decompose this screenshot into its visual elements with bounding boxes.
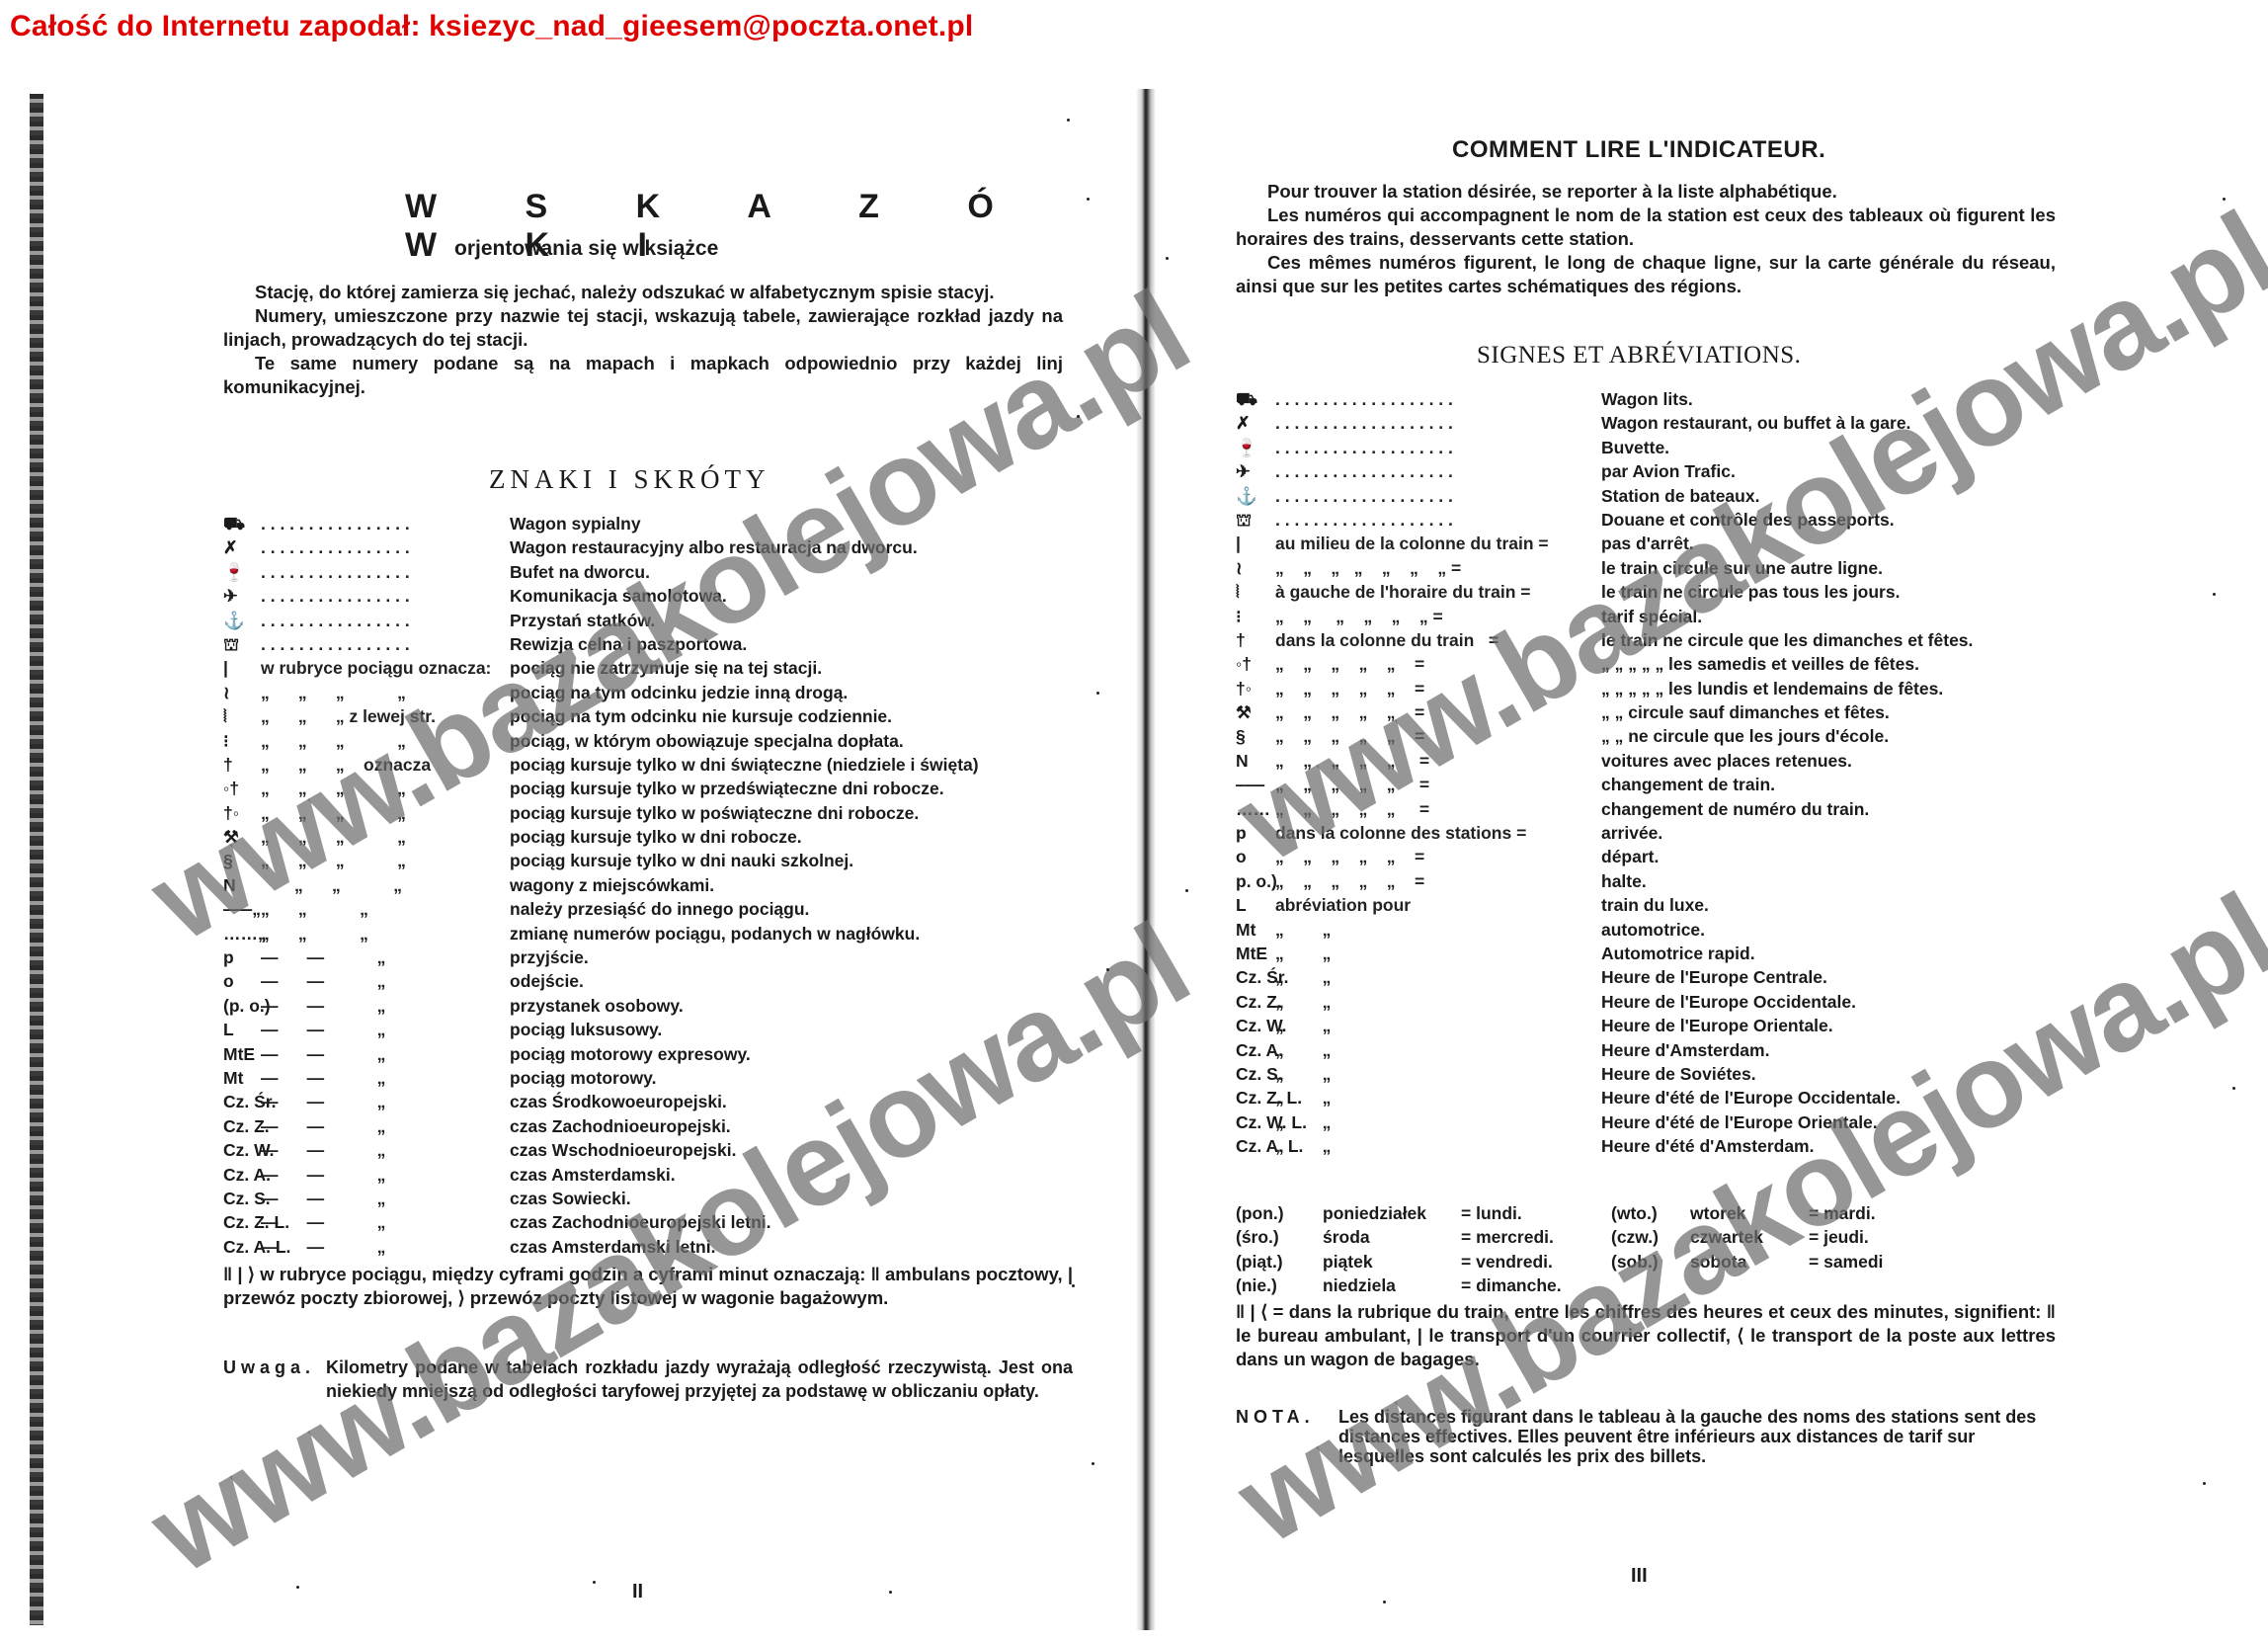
legend-description: par Avion Trafic. [1601, 459, 1736, 483]
uploader-banner: Całość do Internetu zapodał: ksiezyc_nad… [10, 10, 973, 43]
legend-ditto: abréviation pour [1275, 893, 1411, 917]
legend-description: pociąg kursuje tylko w poświąteczne dni … [510, 801, 919, 825]
legend-ditto: „ „ „ „ „ „ = [1275, 605, 1443, 628]
left-subtitle: orjentowania się w książce [454, 237, 718, 261]
legend-description: arrivée. [1601, 821, 1662, 845]
scan-speck [1166, 257, 1169, 260]
legend-description: „ „ ne circule que les jours d'école. [1601, 724, 1889, 748]
scan-speck [1185, 889, 1188, 892]
right-title: COMMENT LIRE L'INDICATEUR. [1452, 136, 1825, 164]
legend-description: przyjście. [510, 945, 589, 969]
right-legend-title: SIGNES ET ABRÉVIATIONS. [1477, 342, 1801, 370]
legend-description: Heure de Soviétes. [1601, 1062, 1756, 1086]
legend-row: p. o.)„ „ „ „ „ =halte. [1236, 869, 2065, 893]
legend-description: Wagon lits. [1601, 387, 1693, 411]
day-pl: poniedziałek [1323, 1201, 1426, 1225]
legend-ditto: — — „ [261, 945, 385, 969]
legend-ditto: — — „ [261, 1138, 385, 1162]
legend-description: voitures avec places retenues. [1601, 749, 1852, 773]
legend-description: Automotrice rapid. [1601, 942, 1755, 965]
day-abbr: (pon.) [1236, 1201, 1284, 1225]
legend-row: ……„„ „ „zmianę numerów pociągu, podanych… [223, 922, 1093, 945]
scan-speck [2232, 1087, 2235, 1090]
legend-row: Cz. Śr.„ „Heure de l'Europe Centrale. [1236, 965, 2065, 989]
legend-description: Wagon sypialny [510, 512, 641, 535]
legend-ditto: . . . . . . . . . . . . . . . . . . . [1275, 436, 1453, 459]
day-abbr: (śro.) [1236, 1225, 1279, 1249]
legend-description: halte. [1601, 869, 1647, 893]
legend-ditto: „ „ [1275, 1086, 1331, 1110]
legend-description: należy przesiąść do innego pociągu. [510, 897, 809, 921]
legend-description: train du luxe. [1601, 893, 1709, 917]
legend-ditto: — — „ [261, 1210, 385, 1234]
legend-ditto: „ „ [1275, 918, 1331, 942]
scan-speck [889, 1591, 892, 1594]
legend-description: automotrice. [1601, 918, 1705, 942]
legend-ditto: — — „ [261, 1163, 385, 1187]
legend-ditto: . . . . . . . . . . . . . . . . . . . [1275, 484, 1453, 508]
legend-description: pociąg kursuje tylko w przedświąteczne d… [510, 777, 944, 800]
day-fr: = lundi. [1461, 1201, 1522, 1225]
legend-description: czas Zachodnioeuropejski. [510, 1114, 731, 1138]
legend-ditto: — — „ [261, 1090, 385, 1113]
legend-ditto: — — „ [261, 1187, 385, 1210]
right-page-number: III [1631, 1565, 1648, 1588]
scan-speck [1383, 1601, 1386, 1603]
left-intro-p2: Numery, umieszczone przy nazwie tej stac… [223, 304, 1063, 352]
legend-row: MtE„ „Automotrice rapid. [1236, 942, 2065, 965]
legend-ditto: . . . . . . . . . . . . . . . . [261, 632, 410, 656]
legend-ditto: „ „ „ [261, 922, 368, 945]
legend-row: o„ „ „ „ „ =départ. [1236, 845, 2065, 868]
legend-ditto: . . . . . . . . . . . . . . . . [261, 609, 410, 632]
legend-row: o— — „odejście. [223, 969, 1093, 993]
legend-ditto: . . . . . . . . . . . . . . . . [261, 535, 410, 559]
day-pl: środa [1323, 1225, 1370, 1249]
legend-ditto: „ „ [1275, 965, 1331, 989]
legend-ditto: „ „ „ „ „ „ „ = [1275, 556, 1461, 580]
scan-speck [2213, 593, 2216, 596]
legend-ditto: à gauche de l'horaire du train = [1275, 580, 1530, 604]
legend-description: odejście. [510, 969, 584, 993]
legend-description: pociąg luksusowy. [510, 1018, 662, 1041]
legend-description: pociąg motorowy. [510, 1066, 656, 1090]
legend-ditto: „ „ [1275, 942, 1331, 965]
legend-description: „ „ circule sauf dimanches et fêtes. [1601, 700, 1890, 724]
scan-speck [2223, 198, 2226, 201]
legend-ditto: — — „ [261, 1114, 385, 1138]
legend-description: pociąg kursuje tylko w dni robocze. [510, 825, 802, 849]
legend-ditto: . . . . . . . . . . . . . . . . . . . [1275, 459, 1453, 483]
legend-description: Heure de l'Europe Centrale. [1601, 965, 1827, 989]
legend-ditto: . . . . . . . . . . . . . . . . . . . [1275, 411, 1453, 435]
legend-ditto: — — „ [261, 1235, 385, 1259]
legend-row: Cz. Z.„ „Heure de l'Europe Occidentale. [1236, 990, 2065, 1014]
legend-description: pociąg motorowy expresowy. [510, 1042, 751, 1066]
legend-row: Labréviation pourtrain du luxe. [1236, 893, 2065, 917]
right-intro-p2: Les numéros qui accompagnent le nom de l… [1236, 204, 2056, 251]
legend-description: Heure de l'Europe Orientale. [1601, 1014, 1833, 1037]
scan-speck [2203, 1482, 2206, 1485]
legend-description: changement de train. [1601, 773, 1775, 796]
legend-description: pociąg kursuje tylko w dni nauki szkolne… [510, 849, 853, 872]
day-abbr: (piąt.) [1236, 1250, 1283, 1274]
day-abbr: (nie.) [1236, 1274, 1277, 1297]
legend-description: zmianę numerów pociągu, podanych w nagłó… [510, 922, 920, 945]
scan-speck [1067, 119, 1070, 122]
scan-speck [1092, 1462, 1094, 1465]
legend-ditto: „ „ [1275, 1134, 1331, 1158]
legend-description: „ „ „ „ „ les lundis et lendemains de fê… [1601, 677, 1943, 700]
day-pl: piątek [1323, 1250, 1373, 1274]
legend-description: Heure d'Amsterdam. [1601, 1038, 1769, 1062]
legend-row: p— — „przyjście. [223, 945, 1093, 969]
legend-ditto: . . . . . . . . . . . . . . . . [261, 560, 410, 584]
scan-speck [1096, 692, 1099, 695]
legend-ditto: — — „ [261, 1066, 385, 1090]
legend-description: Heure de l'Europe Occidentale. [1601, 990, 1856, 1014]
left-page-number: II [632, 1581, 643, 1603]
right-intro: Pour trouver la station désirée, se repo… [1236, 180, 2056, 298]
right-intro-p3: Ces mêmes numéros figurent, le long de c… [1236, 251, 2056, 298]
legend-ditto: — — „ [261, 994, 385, 1018]
left-intro-p1: Stację, do której zamierza się jechać, n… [223, 281, 1063, 304]
legend-ditto: . . . . . . . . . . . . . . . . . . . [1275, 387, 1453, 411]
legend-description: changement de numéro du train. [1601, 797, 1869, 821]
legend-row: Mt„ „automotrice. [1236, 918, 2065, 942]
legend-description: pociąg kursuje tylko w dni świąteczne (n… [510, 753, 979, 777]
legend-ditto: „ „ [1275, 1110, 1331, 1134]
legend-row: ‒‒‒„„ „ „należy przesiąść do innego poci… [223, 897, 1093, 921]
legend-ditto: — — „ [261, 969, 385, 993]
scan-speck [1087, 198, 1090, 201]
legend-ditto: „ „ [1275, 1038, 1331, 1062]
day-pl: niedziela [1323, 1274, 1396, 1297]
scan-speck [1106, 968, 1109, 971]
scan-speck [593, 1581, 596, 1584]
legend-ditto: „ „ [1275, 1014, 1331, 1037]
legend-description: wagony z miejscówkami. [510, 873, 714, 897]
day-fr: = mercredi. [1461, 1225, 1554, 1249]
legend-ditto: „ „ [1275, 1062, 1331, 1086]
legend-ditto: . . . . . . . . . . . . . . . . [261, 584, 410, 608]
scan-speck [296, 1586, 299, 1589]
legend-ditto: . . . . . . . . . . . . . . . . [261, 512, 410, 535]
left-legend-title: ZNAKI I SKRÓTY [489, 464, 769, 495]
right-intro-p1: Pour trouver la station désirée, se repo… [1236, 180, 2056, 204]
scan-speck [1072, 1284, 1075, 1287]
legend-ditto: „ „ [1275, 990, 1331, 1014]
legend-ditto: — — „ [261, 1042, 385, 1066]
left-note-label: Uwaga. [223, 1356, 315, 1379]
legend-description: czas Środkowoeuropejski. [510, 1090, 727, 1113]
scan-speck [1077, 415, 1080, 418]
legend-description: départ. [1601, 845, 1659, 868]
legend-ditto: . . . . . . . . . . . . . . . . . . . [1275, 508, 1453, 532]
legend-ditto: au milieu de la colonne du train = [1275, 532, 1549, 555]
legend-ditto: — — „ [261, 1018, 385, 1041]
legend-description: Buvette. [1601, 436, 1669, 459]
legend-description: przystanek osobowy. [510, 994, 684, 1018]
